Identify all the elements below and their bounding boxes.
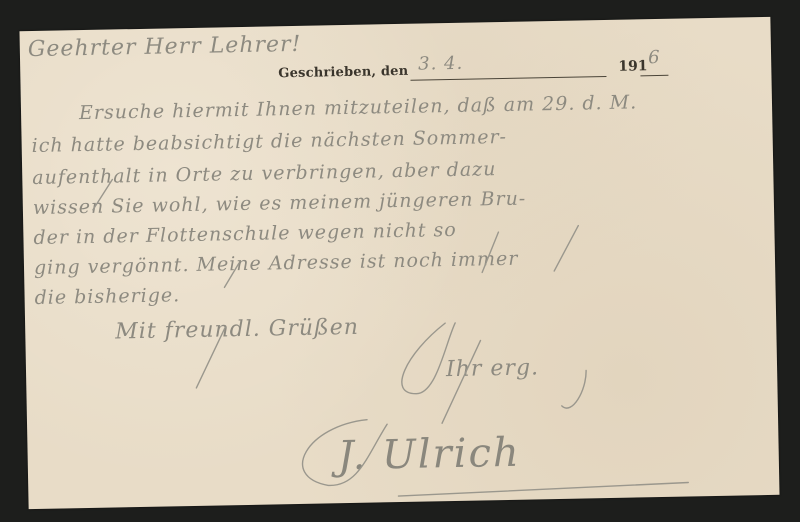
body-line-2: ich hatte beabsichtigt die nächsten Somm…: [31, 126, 507, 157]
postcard: Geschrieben, den 3. 4. 191 6 Geehrter He…: [19, 17, 779, 509]
body-line-6: ging vergönnt. Meine Adresse ist noch im…: [34, 248, 519, 279]
printed-written-label: Geschrieben, den: [278, 64, 408, 81]
handwritten-year-digit: 6: [648, 47, 661, 68]
signature: J. Ulrich: [337, 430, 521, 480]
closing: Mit freundl. Grüßen: [115, 315, 359, 345]
body-line-7: die bisherige.: [34, 284, 180, 309]
date-line: [410, 76, 606, 81]
salutation: Geehrter Herr Lehrer!: [28, 32, 302, 62]
closing-2: Ihr erg.: [446, 355, 539, 382]
body-line-4: wissen Sie wohl, wie es meinem jüngeren …: [33, 188, 527, 219]
scan-background: Geschrieben, den 3. 4. 191 6 Geehrter He…: [0, 0, 800, 522]
body-line-5: der in der Flottenschule wegen nicht so: [33, 219, 457, 249]
body-line-1: Ersuche hiermit Ihnen mitzuteilen, daß a…: [79, 91, 638, 124]
body-line-3: aufenthalt in Orte zu verbringen, aber d…: [32, 158, 497, 189]
printed-year-prefix: 191: [618, 58, 648, 75]
year-line: [640, 75, 668, 77]
handwritten-date: 3. 4.: [418, 53, 463, 75]
